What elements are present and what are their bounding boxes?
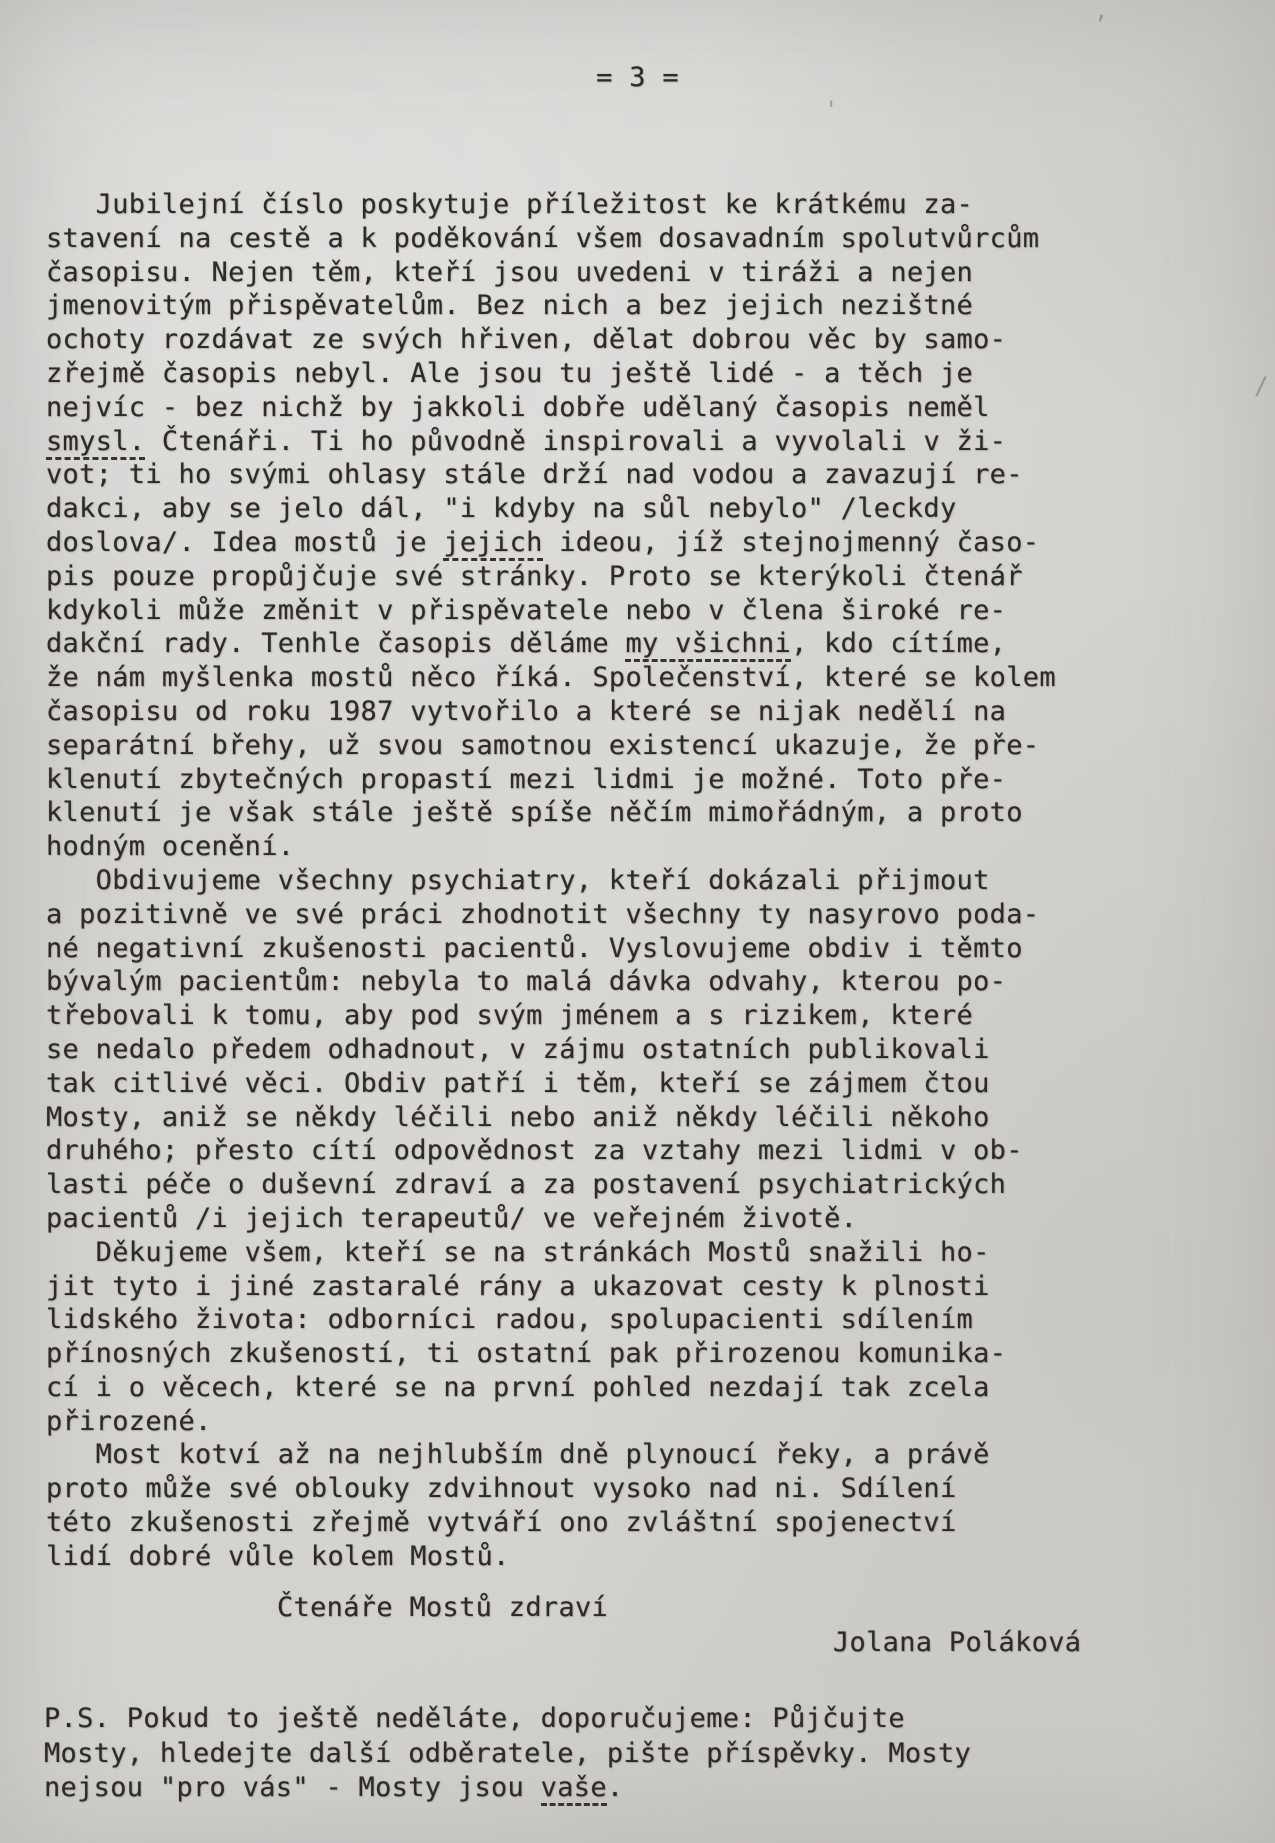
text-line: této zkušenosti zřejmě vytváří ono zvláš…	[46, 1506, 1056, 1540]
page-number: = 3 =	[0, 62, 1275, 94]
text-line: a pozitivně ve své práci zhodnotit všech…	[46, 898, 1056, 932]
text-line: smysl. Čtenáři. Ti ho původně inspiroval…	[46, 425, 1056, 459]
underlined-text: jejich	[443, 527, 542, 561]
text-line: vot; ti ho svými ohlasy stále drží nad v…	[46, 458, 1056, 492]
text-line: nejvíc - bez nichž by jakkoli dobře uděl…	[46, 391, 1056, 425]
text-line: třebovali k tomu, aby pod svým jménem a …	[46, 999, 1056, 1033]
text-line: Most kotví až na nejhlubším dně plynoucí…	[46, 1438, 1056, 1472]
text-line: Jubilejní číslo poskytuje příležitost ke…	[46, 188, 1056, 222]
text-line: klenutí zbytečných propastí mezi lidmi j…	[46, 763, 1056, 797]
text-line: cí i o věcech, které se na první pohled …	[46, 1371, 1056, 1405]
postscript: P.S. Pokud to ještě neděláte, doporučuje…	[44, 1702, 971, 1806]
text-line: né negativní zkušenosti pacientů. Vyslov…	[46, 932, 1056, 966]
paragraph: Jubilejní číslo poskytuje příležitost ke…	[46, 188, 1056, 864]
paragraph: Obdivujeme všechny psychiatry, kteří dok…	[46, 864, 1056, 1236]
text-line: tak citlivé věci. Obdiv patří i těm, kte…	[46, 1067, 1056, 1101]
document-page: = 3 = Jubilejní číslo poskytuje příležit…	[0, 0, 1275, 1843]
text-line: Obdivujeme všechny psychiatry, kteří dok…	[46, 864, 1056, 898]
text-line: proto může své oblouky zdvihnout vysoko …	[46, 1472, 1056, 1506]
underlined-text: vaše	[541, 1772, 607, 1806]
text-line: že nám myšlenka mostů něco říká. Společe…	[46, 661, 1056, 695]
text-line: stavení na cestě a k poděkování všem dos…	[46, 222, 1056, 256]
text-line: jmenovitým přispěvatelům. Bez nich a bez…	[46, 289, 1056, 323]
text-line: Mosty, hledejte další odběratele, pište …	[44, 1737, 971, 1772]
text-line: nejsou "pro vás" - Mosty jsou vaše.	[44, 1771, 971, 1806]
text-line: lasti péče o duševní zdraví a za postave…	[46, 1168, 1056, 1202]
text-line: jit tyto i jiné zastaralé rány a ukazova…	[46, 1270, 1056, 1304]
text-line: klenutí je však stále ještě spíše něčím …	[46, 796, 1056, 830]
text-line: bývalým pacientům: nebyla to malá dávka …	[46, 965, 1056, 999]
text-line: hodným ocenění.	[46, 830, 1056, 864]
text-line: Děkujeme všem, kteří se na stránkách Mos…	[46, 1236, 1056, 1270]
text-line: dakční rady. Tenhle časopis děláme my vš…	[46, 627, 1056, 661]
paragraph: Děkujeme všem, kteří se na stránkách Mos…	[46, 1236, 1056, 1439]
text-line: Mosty, aniž se někdy léčili nebo aniž ně…	[46, 1101, 1056, 1135]
scan-speck-apostrophe: '	[824, 96, 838, 124]
text-line: ochoty rozdávat ze svých hřiven, dělat d…	[46, 323, 1056, 357]
scan-speck-comma: ,	[1094, 0, 1108, 24]
text-line: pis pouze propůjčuje své stránky. Proto …	[46, 560, 1056, 594]
text-line: zřejmě časopis nebyl. Ale jsou tu ještě …	[46, 357, 1056, 391]
text-line: P.S. Pokud to ještě neděláte, doporučuje…	[44, 1702, 971, 1737]
signature: Jolana Poláková	[833, 1626, 1081, 1660]
text-line: se nedalo předem odhadnout, v zájmu osta…	[46, 1033, 1056, 1067]
text-line: druhého; přesto cítí odpovědnost za vzta…	[46, 1134, 1056, 1168]
text-line: lidského života: odborníci radou, spolup…	[46, 1303, 1056, 1337]
document-body: Jubilejní číslo poskytuje příležitost ke…	[46, 188, 1056, 1574]
text-line: kdykoli může změnit v přispěvatele nebo …	[46, 594, 1056, 628]
closing-salutation: Čtenáře Mostů zdraví	[277, 1591, 608, 1625]
text-line: dakci, aby se jelo dál, "i kdyby na sůl …	[46, 492, 1056, 526]
paragraph: Most kotví až na nejhlubším dně plynoucí…	[46, 1438, 1056, 1573]
text-line: separátní břehy, už svou samotnou existe…	[46, 729, 1056, 763]
text-line: pacientů /i jejich terapeutů/ ve veřejné…	[46, 1202, 1056, 1236]
text-line: doslova/. Idea mostů je jejich ideou, jí…	[46, 526, 1056, 560]
underlined-text: my všichni	[625, 628, 791, 662]
text-line: přirozené.	[46, 1405, 1056, 1439]
text-line: lidí dobré vůle kolem Mostů.	[46, 1540, 1056, 1574]
text-line: časopisu od roku 1987 vytvořilo a které …	[46, 695, 1056, 729]
text-line: přínosných zkušeností, ti ostatní pak př…	[46, 1337, 1056, 1371]
text-line: časopisu. Nejen těm, kteří jsou uvedeni …	[46, 256, 1056, 290]
scan-speck-slash: /	[1254, 372, 1268, 400]
underlined-text: smysl.	[46, 426, 145, 460]
